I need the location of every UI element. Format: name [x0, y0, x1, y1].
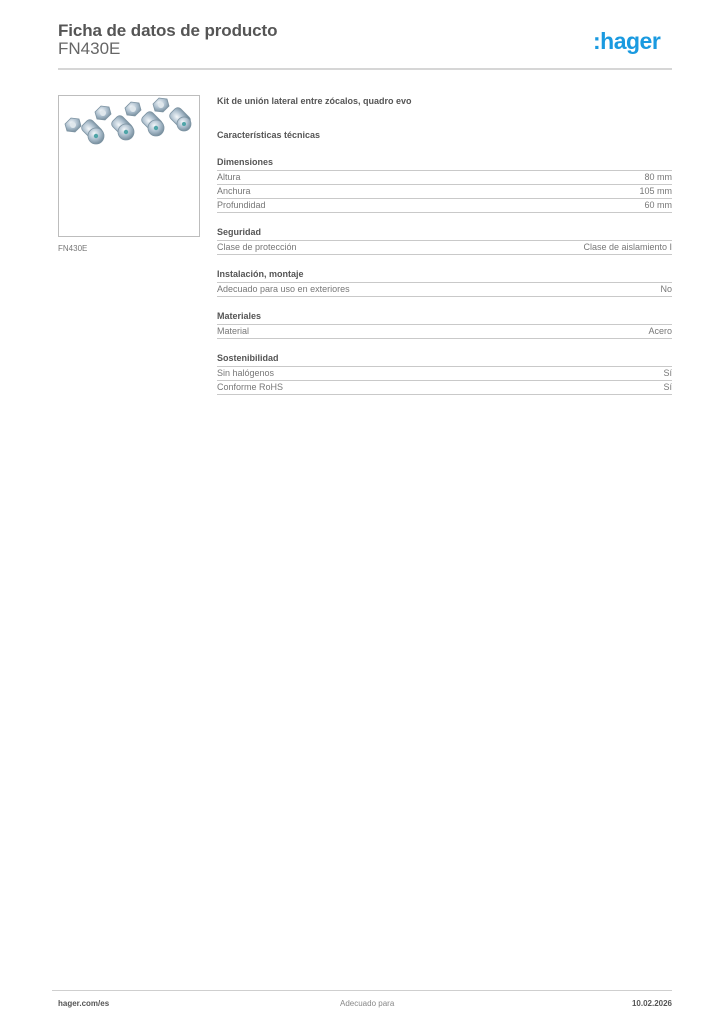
spec-row: Altura80 mm	[217, 171, 672, 185]
spec-row: Anchura105 mm	[217, 185, 672, 199]
spec-row: Clase de protecciónClase de aislamiento …	[217, 241, 672, 255]
spec-label: Adecuado para uso en exteriores	[217, 283, 350, 296]
spec-section: Instalación, montajeAdecuado para uso en…	[217, 269, 672, 297]
spec-row: Profundidad60 mm	[217, 199, 672, 213]
spec-sections: DimensionesAltura80 mmAnchura105 mmProfu…	[217, 157, 672, 395]
section-title: Instalación, montaje	[217, 269, 672, 283]
section-title: Dimensiones	[217, 157, 672, 171]
spec-row: Adecuado para uso en exterioresNo	[217, 283, 672, 297]
spec-value: Clase de aislamiento I	[583, 241, 672, 254]
spec-label: Profundidad	[217, 199, 266, 212]
footer-divider	[52, 990, 672, 991]
section-title: Materiales	[217, 311, 672, 325]
footer-center-text: Adecuado para	[340, 999, 394, 1008]
spec-section: SeguridadClase de protecciónClase de ais…	[217, 227, 672, 255]
spec-label: Material	[217, 325, 249, 338]
section-title: Sostenibilidad	[217, 353, 672, 367]
spec-label: Anchura	[217, 185, 251, 198]
product-code: FN430E	[58, 39, 120, 59]
spec-row: MaterialAcero	[217, 325, 672, 339]
spec-value: 80 mm	[644, 171, 672, 184]
product-description: Kit de unión lateral entre zócalos, quad…	[217, 96, 672, 107]
spec-section: MaterialesMaterialAcero	[217, 311, 672, 339]
spec-row: Conforme RoHSSí	[217, 381, 672, 395]
document-title: Ficha de datos de producto	[58, 21, 277, 41]
spec-value: No	[660, 283, 672, 296]
spec-value: 60 mm	[644, 199, 672, 212]
product-details: Kit de unión lateral entre zócalos, quad…	[217, 96, 672, 395]
characteristics-heading: Características técnicas	[217, 130, 672, 141]
spec-section: DimensionesAltura80 mmAnchura105 mmProfu…	[217, 157, 672, 213]
header-divider	[58, 68, 672, 70]
spec-row: Sin halógenosSí	[217, 367, 672, 381]
image-caption: FN430E	[58, 244, 87, 253]
spec-label: Conforme RoHS	[217, 381, 283, 394]
spec-value: Sí	[663, 367, 672, 380]
spec-label: Clase de protección	[217, 241, 297, 254]
section-title: Seguridad	[217, 227, 672, 241]
screws-nuts-icon	[59, 96, 199, 236]
spec-value: Sí	[663, 381, 672, 394]
spec-value: 105 mm	[639, 185, 672, 198]
spec-value: Acero	[648, 325, 672, 338]
product-image	[58, 95, 200, 237]
spec-section: SostenibilidadSin halógenosSíConforme Ro…	[217, 353, 672, 395]
spec-label: Sin halógenos	[217, 367, 274, 380]
hager-logo: :hager	[593, 28, 660, 55]
footer-website[interactable]: hager.com/es	[58, 999, 109, 1008]
footer-date: 10.02.2026	[632, 999, 672, 1008]
spec-label: Altura	[217, 171, 241, 184]
